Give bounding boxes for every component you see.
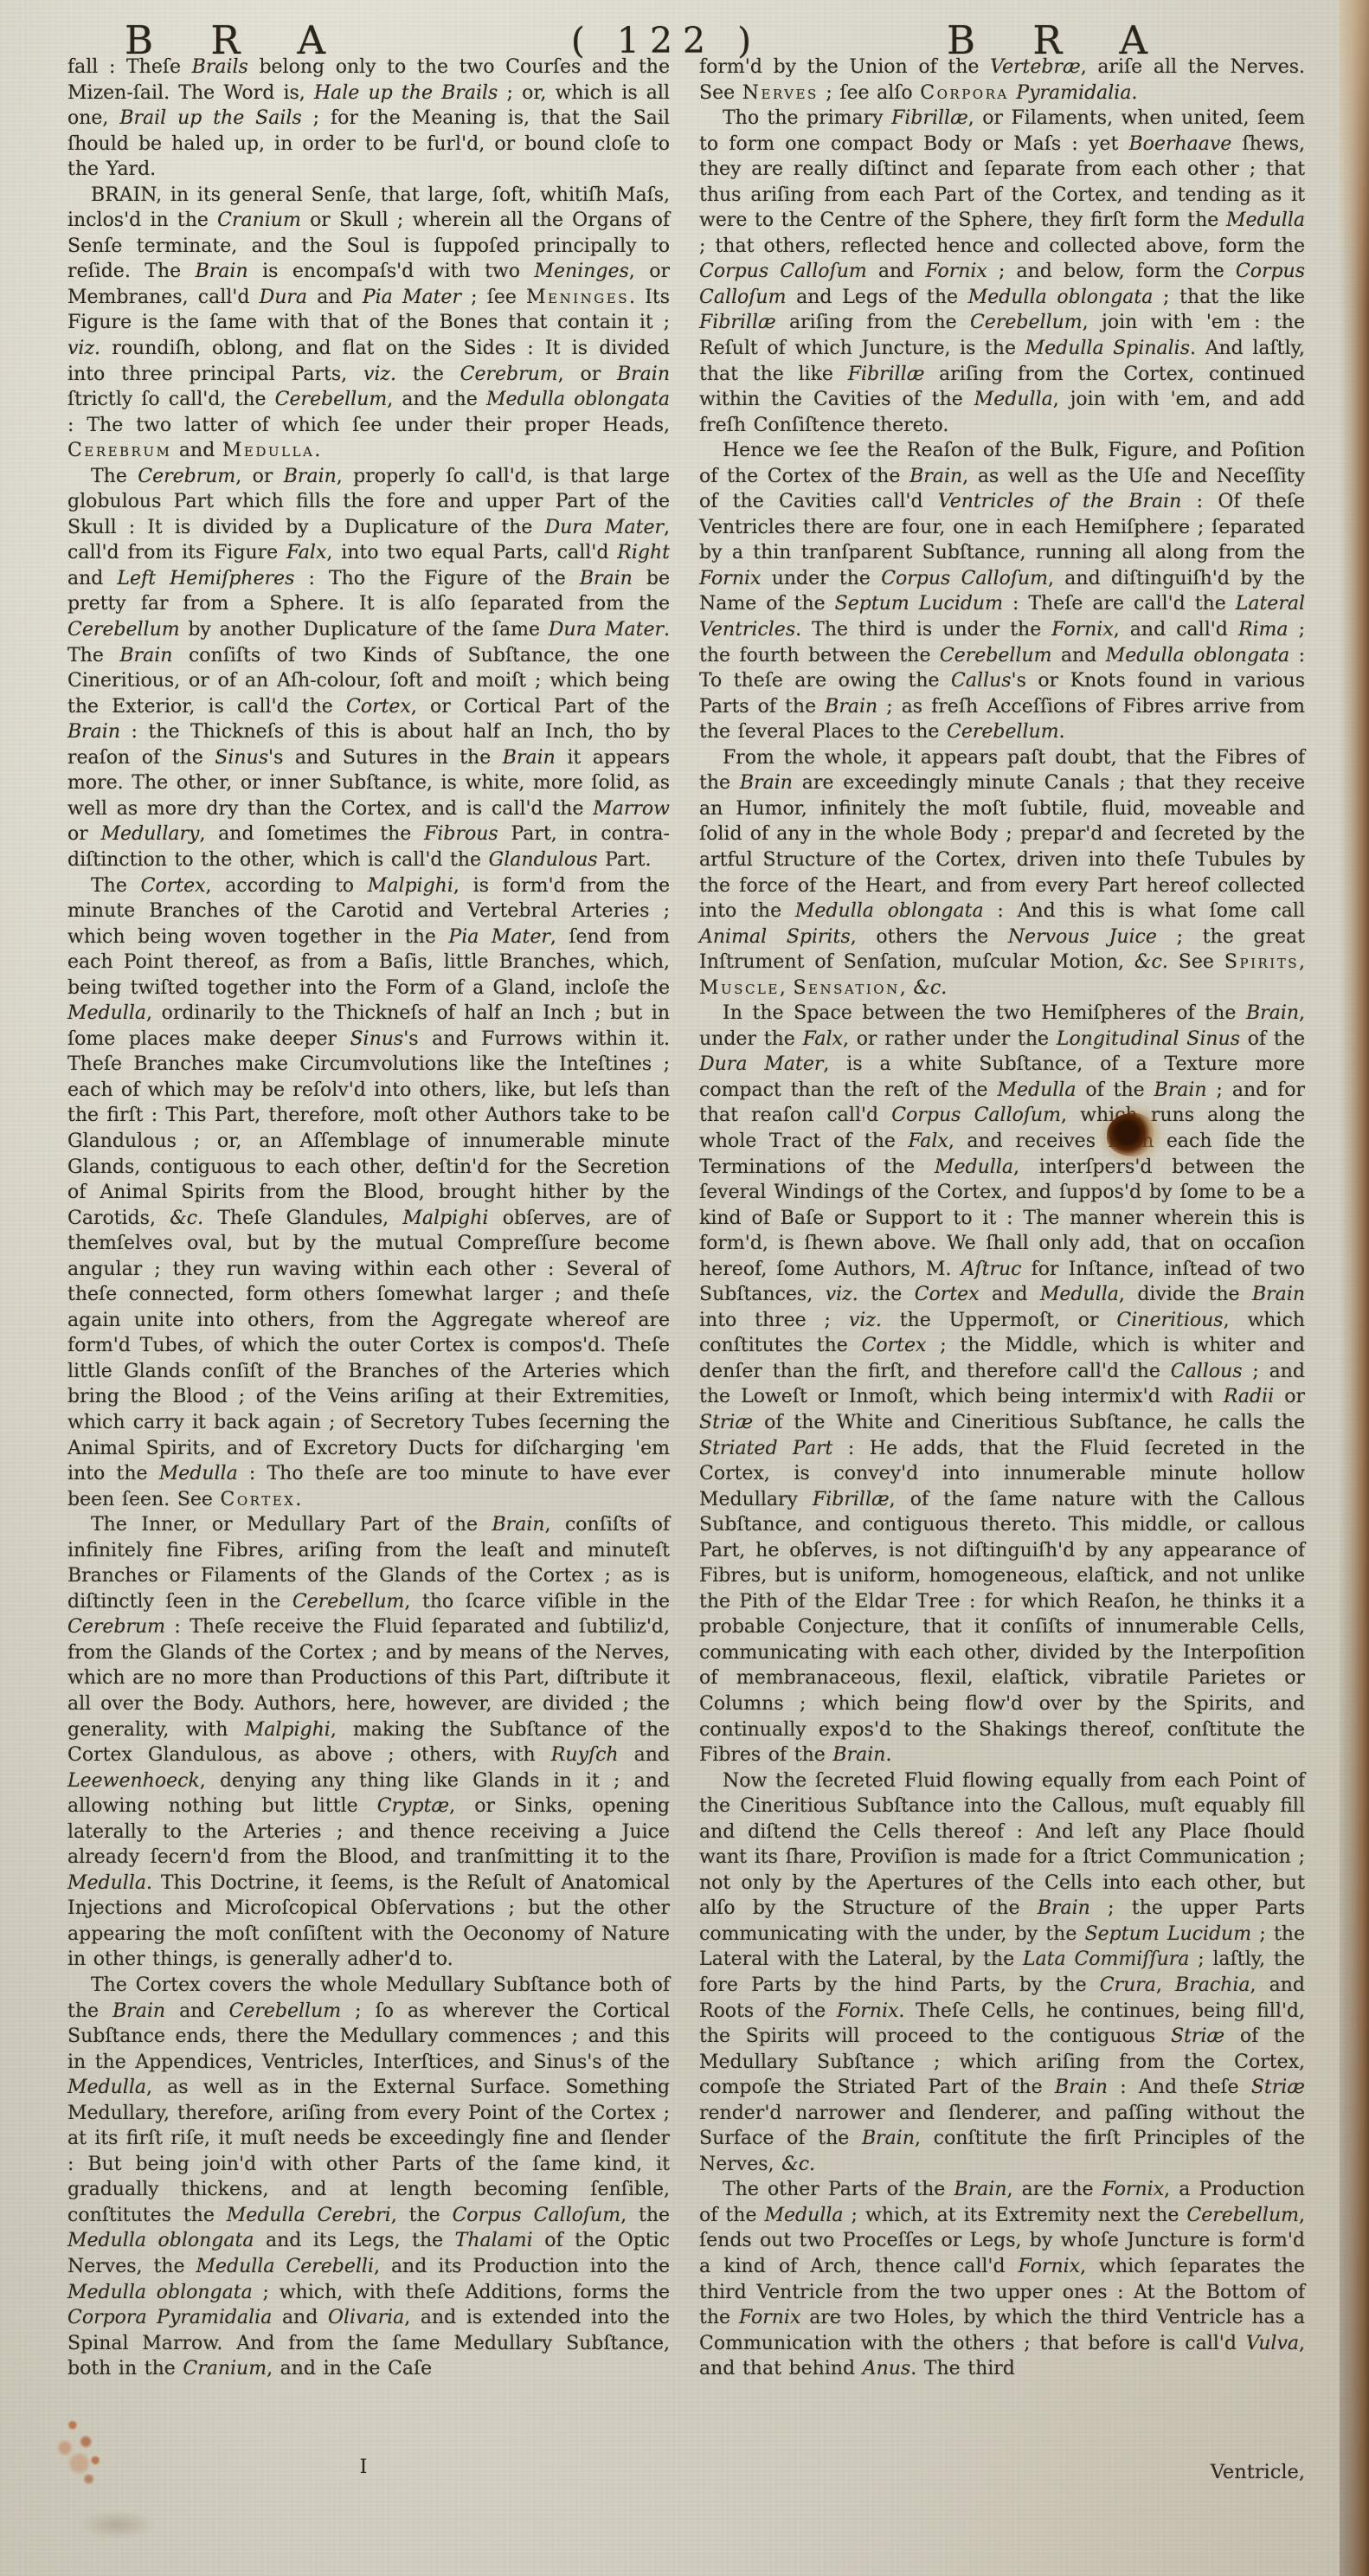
italic-text: Striæ [1171,2025,1224,2047]
paragraph: The Cortex covers the whole Medullary Su… [67,1973,670,2382]
italic-text: Nervous Juice [1008,926,1157,948]
italic-text: Medulla [997,1079,1076,1101]
italic-text: Falx [803,1028,843,1050]
italic-text: Brain [617,364,670,385]
small-caps-text: Cortex [221,1489,296,1510]
italic-text: &c. [781,2154,815,2175]
italic-text: Radii [1224,1386,1274,1407]
italic-text: &c. [913,977,947,999]
italic-text: Corpus Calloſum [453,2205,621,2226]
italic-text: Longitudinal Sinus [1057,1028,1240,1050]
italic-text: Vertebræ [990,56,1081,78]
paragraph: Tho the primary Fibrillæ, or Filaments, … [699,106,1305,438]
italic-text: Meninges [534,261,628,282]
italic-text: Fornix [837,2000,898,2022]
italic-text: Hale up the Brails [314,82,498,104]
italic-text: Medulla [67,2077,146,2098]
small-caps-text: Nerves [742,82,819,104]
italic-text: Cineritious [1116,1310,1223,1331]
italic-text: Brain [67,721,120,743]
italic-text: Cerebrum [67,1616,165,1638]
italic-text: Ventricles of the Brain [938,491,1181,512]
italic-text: Cerebrum [138,466,235,487]
italic-text: Medulla oblongata [67,2282,253,2303]
italic-text: Striæ [699,1412,753,1433]
book-edge [1340,0,1369,2576]
italic-text: Medulla oblongata [795,900,984,922]
italic-text: Medulla [935,1156,1013,1178]
italic-text: Pyramidalia [1016,82,1131,104]
small-caps-text: Medulla [222,440,314,461]
paragraph: The other Parts of the Brain, are the Fo… [699,2177,1305,2381]
italic-text: Brain [825,696,877,718]
small-caps-text: Cerebrum [67,440,171,461]
paragraph: BRAIN, in its general Senſe, that large,… [67,183,670,464]
italic-text: Brain [832,1744,885,1766]
italic-text: Medulla oblongata [67,2230,254,2251]
italic-text: Brain [1154,1079,1207,1101]
italic-text: Leewenhoeck [67,1770,200,1792]
italic-text: Medulla [67,1872,146,1894]
italic-text: Medulla [765,2205,844,2226]
italic-text: Medulla [974,389,1053,410]
italic-text: Brain [862,2128,915,2149]
italic-text: Medulla [1040,1284,1119,1305]
italic-text: Medulla [159,1463,238,1484]
italic-text: Sinus [350,1028,403,1050]
italic-text: Pia Mater [448,926,550,948]
italic-text: Dura [260,287,307,308]
foxing-stain [36,2406,132,2510]
italic-text: Brain [580,568,633,589]
paragraph: The Cortex, according to Malpighi, is fo… [67,873,670,1513]
italic-text: Aſtruc [961,1259,1022,1280]
italic-text: Medulla Cerebri [227,2205,391,2226]
italic-text: Fibrillæ [891,107,968,129]
italic-text: Brain [1055,2077,1108,2098]
italic-text: viz. [67,338,100,359]
italic-text: Brain [284,466,337,487]
italic-text: Cranium [217,209,301,231]
italic-text: Medulla oblongata [1106,645,1289,667]
paragraph: Hence we ſee the Reaſon of the Bulk, Fig… [699,438,1305,745]
italic-text: Corpus Calloſum [881,568,1048,589]
italic-text: Glandulous [489,849,598,871]
paragraph: The Cerebrum, or Brain, properly ſo call… [67,464,670,873]
italic-text: viz. [849,1310,882,1331]
italic-text: Medulla [67,1002,146,1024]
italic-text: Animal Spirits [699,926,851,948]
italic-text: Callus [951,670,1011,692]
italic-text: Malpighi [402,1207,488,1229]
smudge-stain [78,2510,156,2540]
italic-text: Thalami [455,2230,533,2251]
italic-text: Cerebellum [229,2000,342,2022]
italic-text: Brails [192,56,248,78]
italic-text: viz. [826,1284,858,1305]
italic-text: &c. [170,1207,203,1229]
italic-text: Brain [119,645,172,667]
small-caps-text: Sensation [793,977,899,999]
italic-text: Corpora Pyramidalia [67,2307,272,2328]
italic-text: Medulla [1226,209,1305,231]
italic-text: Fibrillæ [813,1489,890,1510]
italic-text: Brain [503,747,556,769]
italic-text: Malpighi [245,1719,331,1741]
italic-text: Fornix [1019,2256,1080,2277]
italic-text: Boerhaave [1129,133,1232,155]
scanned-book-page: B R A ( 122 ) B R A fall : Theſe Brails … [0,0,1369,2576]
italic-text: Corpus Calloſum [699,261,867,282]
italic-text: Brain [954,2179,1006,2200]
italic-text: Cerebellum [67,619,180,641]
italic-text: Cortex [141,875,206,897]
italic-text: Brain [1252,1284,1305,1305]
italic-text: Fornix [699,568,761,589]
italic-text: Striated Part [699,1438,832,1459]
italic-text: Dura Mater [549,619,664,641]
paragraph: fall : Theſe Brails belong only to the t… [67,55,670,183]
small-caps-text: Muscle [699,977,780,999]
italic-text: Pia Mater [363,287,461,308]
italic-text: Fornix [1051,619,1113,641]
italic-text: Right [617,542,670,563]
italic-text: Olivaria [328,2307,404,2328]
italic-text: Left Hemiſpheres [117,568,294,589]
ink-burn-stain [1107,1113,1155,1156]
italic-text: Cerebellum [970,312,1083,333]
italic-text: Malpighi [368,875,453,897]
italic-text: Septum Lucidum [1085,1923,1252,1945]
small-caps-text: Spirits [1224,951,1299,973]
small-caps-text: Meninges [526,287,629,308]
italic-text: Medulla Spinalis [1025,338,1190,359]
text-column-left: fall : Theſe Brails belong only to the t… [67,55,670,2382]
italic-text: Fibrillæ [699,312,776,333]
italic-text: viz. [363,364,396,385]
italic-text: &c. [1134,951,1168,973]
italic-text: Cortex [346,696,411,718]
italic-text: Brain [740,772,793,794]
italic-text: Cerebellum [292,1591,405,1613]
paragraph: form'd by the Union of the Vertebræ, ari… [699,55,1305,106]
italic-text: Crura [1100,1974,1156,1996]
signature-mark: I [343,2457,384,2478]
italic-text: Medullary [101,823,200,845]
italic-text: Cortex [862,1335,927,1356]
italic-text: Cerebellum [275,389,388,410]
paragraph: The Inner, or Medullary Part of the Brai… [67,1512,670,1973]
italic-text: Medulla oblongata [486,389,670,410]
italic-text: Cranium [183,2358,267,2380]
paragraph: In the Space between the two Hemiſpheres… [699,1001,1305,1768]
italic-text: Fornix [925,261,987,282]
italic-text: Medulla Cerebelli [196,2256,374,2277]
italic-text: Fornix [739,2307,800,2328]
italic-text: Anus [863,2358,911,2380]
italic-text: Cryptæ [377,1795,449,1817]
paragraph: From the whole, it appears paſt doubt, t… [699,745,1305,1001]
text-column-right: form'd by the Union of the Vertebræ, ari… [699,55,1305,2382]
italic-text: Rima [1238,619,1289,641]
catchword: Ventricle, [1004,2461,1305,2483]
italic-text: Ruyſch [551,1744,619,1766]
italic-text: Septum Lucidum [835,593,1003,615]
italic-text: Brain [196,261,248,282]
italic-text: Brain [112,2000,165,2022]
italic-text: Callous [1171,1361,1243,1382]
italic-text: Brain [1038,1897,1090,1919]
italic-text: Lata Commiſſura [1023,1948,1189,1970]
italic-text: Falx [286,542,326,563]
italic-text: Brain [492,1514,545,1536]
italic-text: Fibrillæ [848,364,925,385]
italic-text: Brachia [1175,1974,1250,1996]
italic-text: Cerebellum [940,645,1052,667]
italic-text: Cerebellum [1186,2205,1299,2226]
italic-text: Brain [1246,1002,1299,1024]
italic-text: Fornix [1102,2179,1164,2200]
paragraph: Now the ſecreted Fluid flowing equally f… [699,1768,1305,2178]
italic-text: Marrow [593,798,670,820]
italic-text: Brail up the Sails [119,107,301,129]
italic-text: Medulla oblongata [968,287,1154,308]
italic-text: Cerebellum [947,721,1059,743]
italic-text: Fibrous [424,823,498,845]
italic-text: Dura Mater [699,1053,823,1075]
italic-text: Cerebrum [460,364,558,385]
italic-text: Dura Mater [544,517,664,538]
italic-text: Corpus Calloſum [891,1104,1061,1126]
small-caps-text: Corpora [920,82,1008,104]
italic-text: Sinus [215,747,268,769]
italic-text: Vulva [1246,2333,1299,2354]
italic-text: Striæ [1251,2077,1305,2098]
italic-text: Falx [908,1130,948,1152]
italic-text: Brain [909,466,962,487]
italic-text: Cortex [915,1284,980,1305]
